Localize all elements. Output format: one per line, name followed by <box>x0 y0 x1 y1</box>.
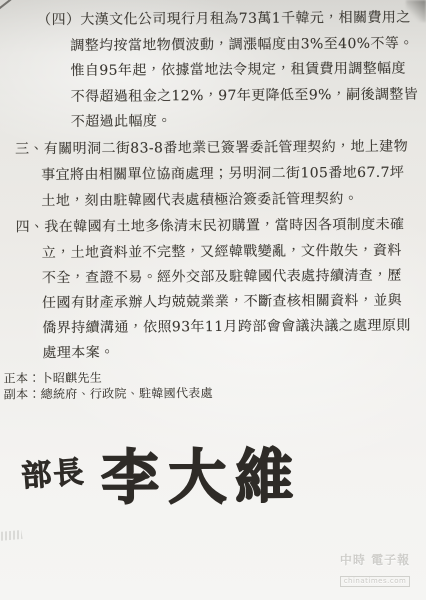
document-body: （四）大漢文化公司現行月租為73萬1千韓元，相關費用之 調整均按當地物價波動，調… <box>0 0 426 600</box>
body-line: 任國有財產承辦人均兢兢業業，不斷查核相關資料，並與 <box>42 293 402 312</box>
body-line: 立，土地資料並不完整，又經韓戰變亂，文件散失，資料 <box>42 243 402 262</box>
body-line: 三、有關明洞二街83-8番地業已簽署委託管理契約，地上建物 <box>15 139 408 158</box>
signature-name: 李大維 <box>101 429 303 516</box>
distribution-copies-line: 副本：總統府、行政院、駐韓國代表處 <box>4 386 213 401</box>
watermark: 中時 電子報 chinatimes.com <box>334 553 416 587</box>
watermark-url-text: chinatimes.com <box>340 576 411 587</box>
body-line: 調整均按當地物價波動，調漲幅度由3%至40%不等。 <box>70 36 413 54</box>
signature-title: 部長 <box>20 447 87 496</box>
body-line: 惟自95年起，依據當地法令規定，租賃費用調整幅度 <box>70 61 406 79</box>
body-line: 不得超過租金之12%，97年更降低至9%，嗣後調整皆 <box>71 87 419 105</box>
body-line: （四）大漢文化公司現行月租為73萬1千韓元，相關費用之 <box>37 10 411 29</box>
watermark-brand-text: 中時 電子報 <box>334 553 416 568</box>
body-line: 處理本案。 <box>42 345 114 362</box>
signature-block: 部長 李大維 <box>21 429 303 515</box>
distribution-original-line: 正本：卜昭麒先生 <box>4 371 103 386</box>
body-line: 不超過此幅度。 <box>71 113 172 130</box>
body-line: 事宜將由相關單位協商處理；另明洞二街105番地67.7坪 <box>41 165 404 184</box>
body-line: 土地，刻由駐韓國代表處積極洽簽委託管理契約。 <box>41 191 358 209</box>
body-line: 四、我在韓國有土地多係清末民初購置，當時因各項制度未確 <box>16 217 405 236</box>
body-line: 僑界持續溝通，依照93年11月跨部會會議決議之處理原則 <box>42 318 411 337</box>
body-line: 不全，查證不易。經外交部及駐韓國代表處持續清查，歷 <box>42 268 402 287</box>
scanned-document-page: （四）大漢文化公司現行月租為73萬1千韓元，相關費用之 調整均按當地物價波動，調… <box>0 0 426 600</box>
